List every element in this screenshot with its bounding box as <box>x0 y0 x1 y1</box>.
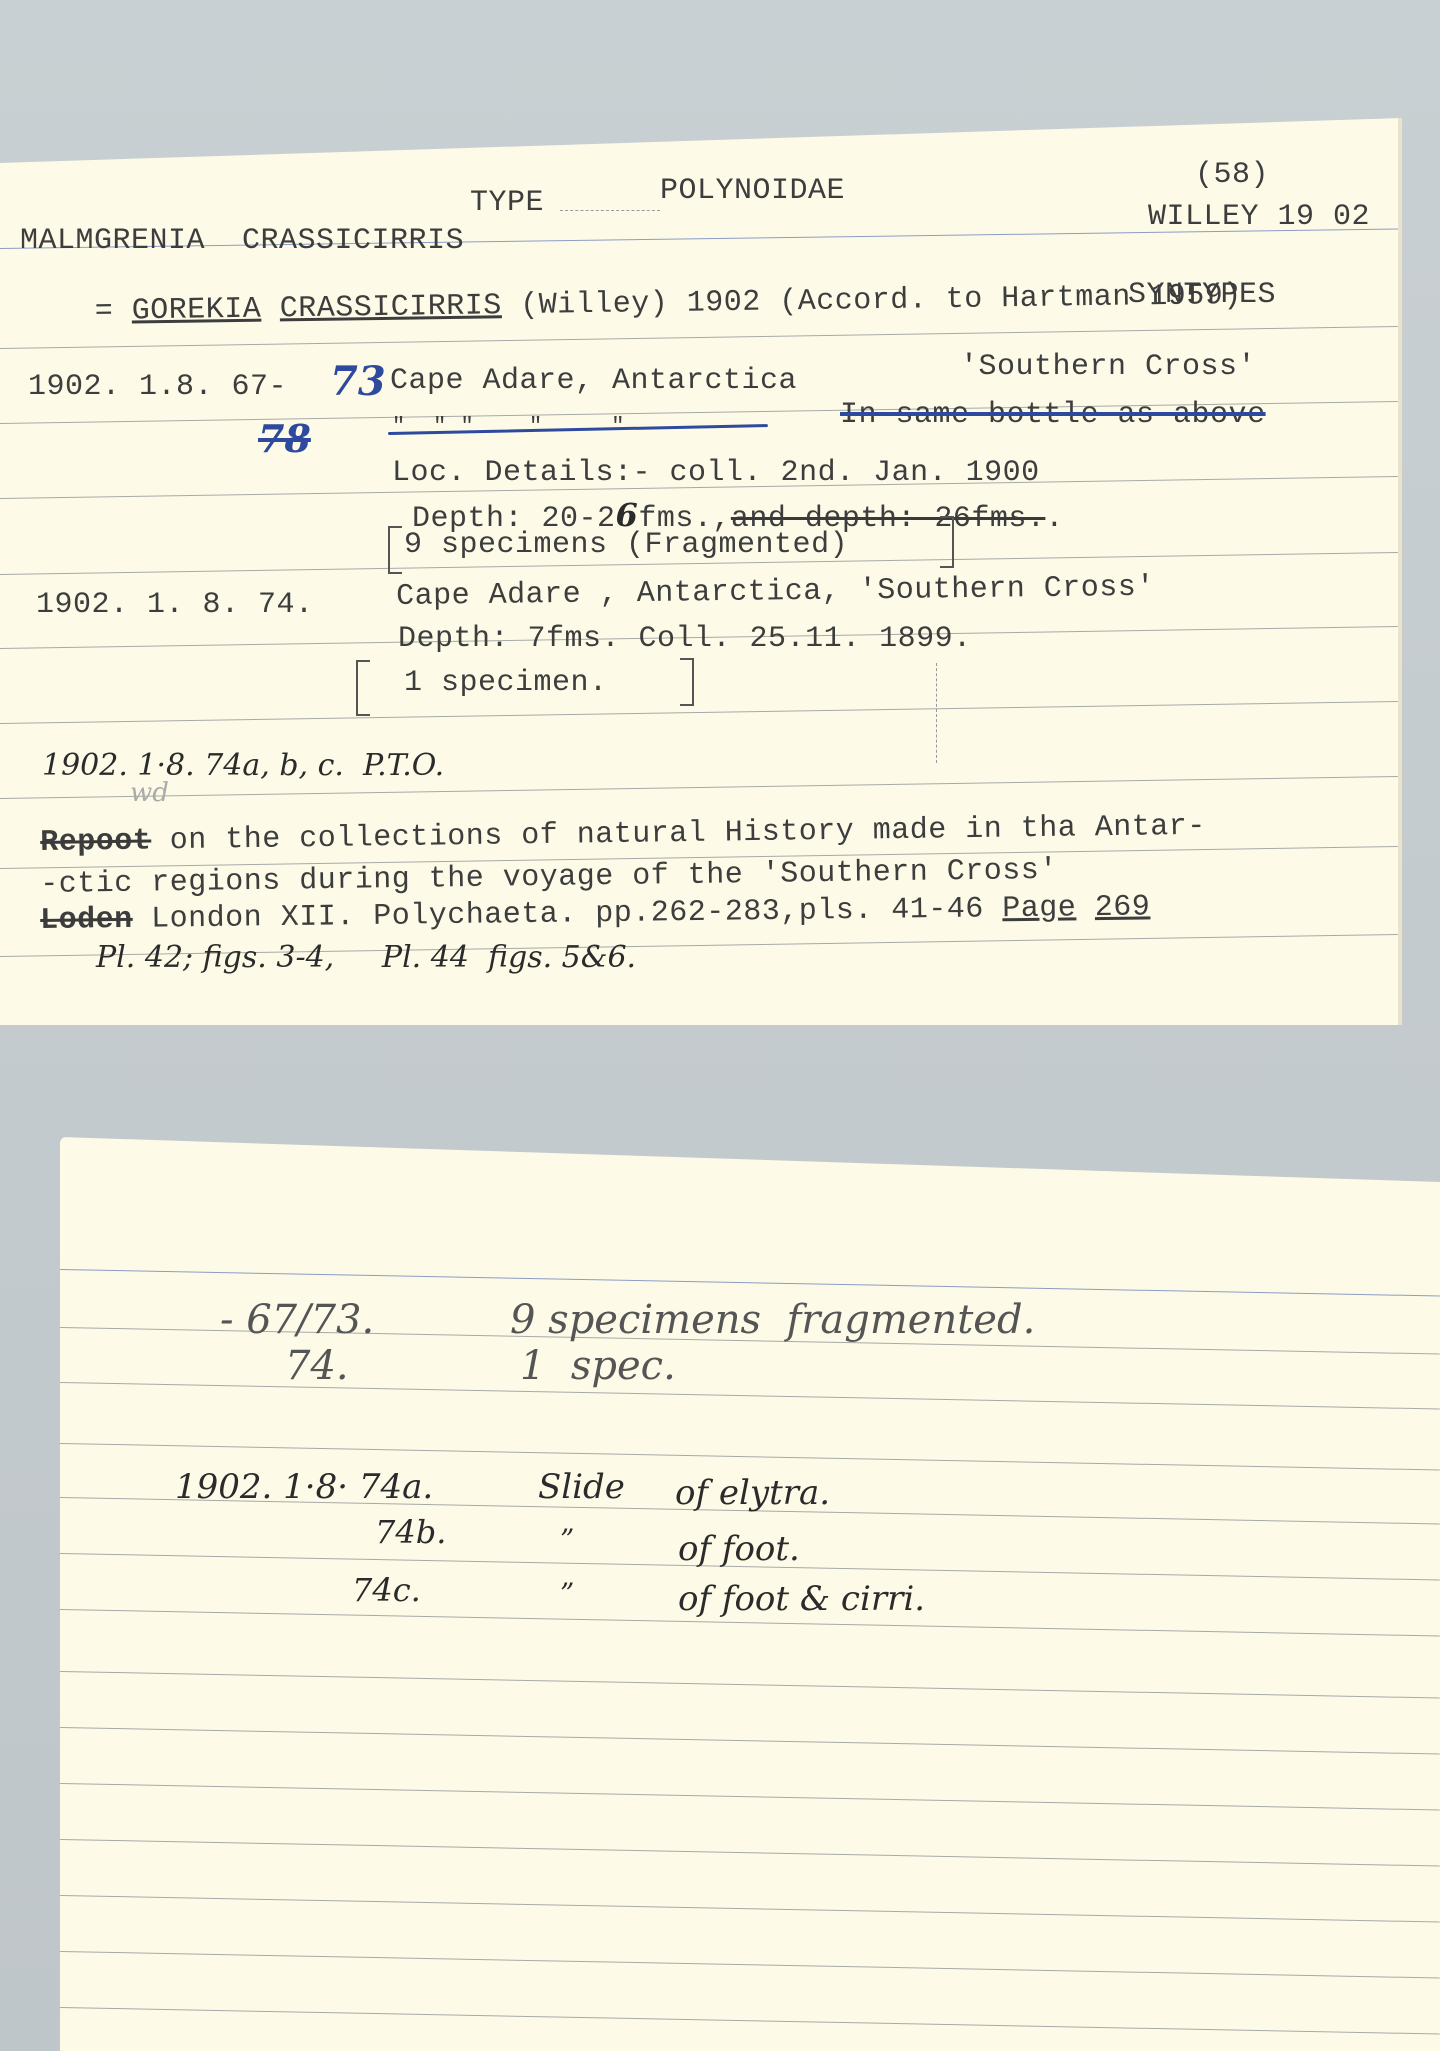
slide-type: ” <box>560 1577 574 1610</box>
fold-mark <box>936 663 937 763</box>
bracket-left <box>388 526 402 574</box>
status-syntypes: SYNTYPES <box>1128 278 1276 312</box>
index-card-back: - 67/73. 9 specimens fragmented. 74. 1 s… <box>60 1137 1440 2051</box>
ruled-line <box>60 1895 1440 1922</box>
pencil-initials: wd <box>130 778 169 808</box>
synonym-line: = GOREKIA CRASSICIRRIS (Willey) 1902 (Ac… <box>20 245 1243 364</box>
ruled-line <box>60 1839 1440 1866</box>
summary-note: 9 specimens fragmented. <box>510 1297 1035 1343</box>
ruled-line <box>60 1783 1440 1810</box>
genus-species: MALMGRENIA CRASSICIRRIS <box>20 224 464 258</box>
struck-note: In same bottle as above <box>840 398 1266 432</box>
vessel-name: 'Southern Cross' <box>960 350 1256 384</box>
ruled-line <box>60 1382 1440 1409</box>
bracket-right <box>940 516 954 568</box>
location-details: Loc. Details:- coll. 2nd. Jan. 1900 <box>392 456 1040 490</box>
struck-word: Repoot <box>40 824 151 860</box>
ruled-line <box>60 1671 1440 1698</box>
family-name: POLYNOIDAE <box>660 174 845 208</box>
summary-reg: - 67/73. <box>220 1297 374 1343</box>
handwritten-plates: Pl. 42; figs. 3-4, Pl. 44 figs. 5&6. <box>96 940 636 975</box>
ditto-marks: ″ ″ ″ ″ ″ <box>392 414 625 439</box>
bracket-right <box>680 658 694 706</box>
ruled-line <box>60 1951 1440 1978</box>
index-card-front: TYPE POLYNOIDAE (58) WILLEY 19 02 MALMGR… <box>0 118 1402 1025</box>
type-label: TYPE <box>470 186 544 220</box>
bracket-left <box>356 660 370 716</box>
registration-number: 1902. 1.8. 67- <box>28 370 287 404</box>
slide-reg: 74b. <box>375 1513 446 1551</box>
page-label: Page <box>1002 891 1076 926</box>
synonym-genus: GOREKIA <box>131 293 261 329</box>
locality: Cape Adare, Antarctica <box>390 364 797 398</box>
author-year: WILLEY 19 02 <box>1148 200 1370 234</box>
struck-word: Loden <box>40 903 133 938</box>
synonym-prefix: = <box>94 294 131 329</box>
handwritten-correction: 73 <box>330 358 386 405</box>
dotted-leader <box>560 210 660 211</box>
slide-type: ” <box>560 1523 574 1556</box>
locality: Cape Adare , Antarctica, 'Southern Cross… <box>396 571 1155 614</box>
slide-desc: of foot & cirri. <box>678 1579 925 1619</box>
registration-number: 1902. 1. 8. 74. <box>36 588 314 622</box>
struck-number: 78 <box>258 416 311 461</box>
slide-type: Slide <box>538 1467 625 1507</box>
slide-reg: 74c. <box>352 1571 421 1609</box>
slide-desc: of foot. <box>678 1529 800 1569</box>
page-number: 269 <box>1095 890 1151 925</box>
ruled-line <box>60 1269 1440 1296</box>
card-number: (58) <box>1195 158 1269 192</box>
summary-reg: 74. <box>285 1343 349 1389</box>
specimen-count: 1 specimen. <box>404 666 608 700</box>
specimen-count: 9 specimens (Fragmented) <box>404 528 848 562</box>
synonym-species: CRASSICIRRIS <box>280 289 502 326</box>
summary-note: 1 spec. <box>520 1343 676 1389</box>
ruled-line <box>60 1727 1440 1754</box>
ruled-line <box>60 2007 1440 2034</box>
slide-reg: 1902. 1·8· 74a. <box>175 1467 433 1507</box>
depth-collection: Depth: 7fms. Coll. 25.11. 1899. <box>398 622 972 656</box>
handwritten-registration: 1902. 1·8. 74a, b, c. P.T.O. <box>42 748 444 783</box>
ruled-line <box>0 701 1398 724</box>
slide-desc: of elytra. <box>675 1473 830 1513</box>
